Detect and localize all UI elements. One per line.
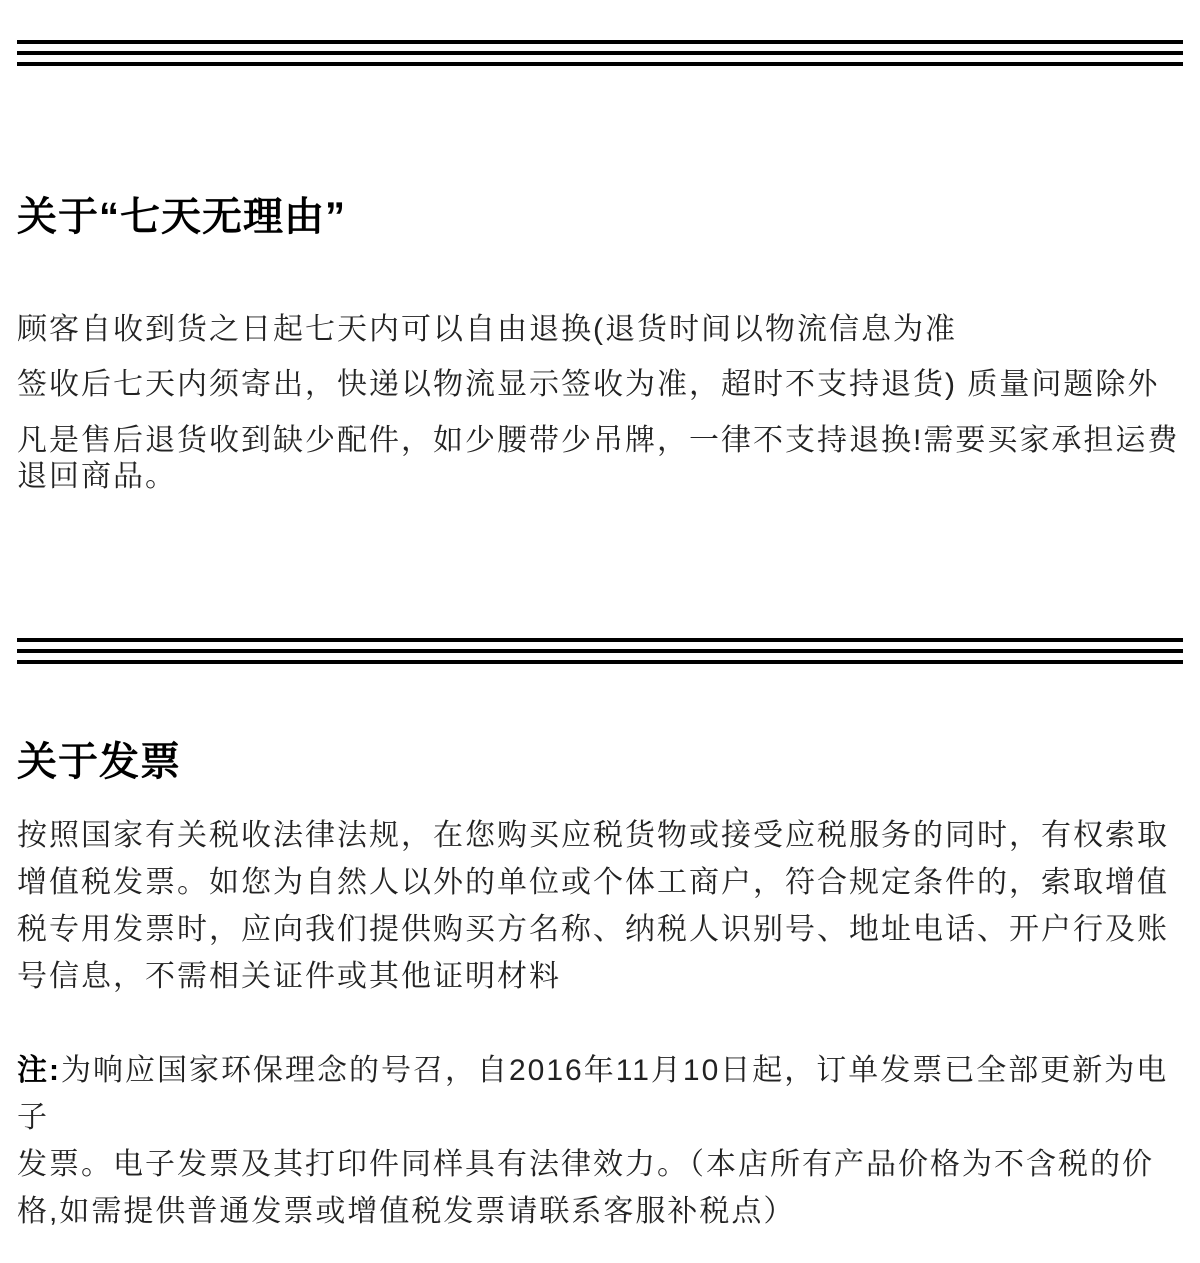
invoice-heading: 关于发票 [17,738,181,786]
divider-rule [17,638,1183,642]
return-policy-paragraph: 签收后七天内须寄出，快递以物流显示签收为准，超时不支持退货) 质量问题除外 [17,367,1200,403]
return-policy-paragraph: 顾客自收到货之日起七天内可以自由退换(退货时间以物流信息为准 [17,312,1200,348]
invoice-policy-paragraph: 按照国家有关税收法律法规，在您购买应税货物或接受应税服务的同时，有权索取 增值税… [17,812,1200,1000]
divider-rule [17,649,1183,653]
section-divider-invoice [17,638,1183,664]
return-policy-heading: 关于“七天无理由” [17,193,346,241]
invoice-note-paragraph: 注:为响应国家环保理念的号召，自2016年11月10日起，订单发票已全部更新为电… [17,1047,1200,1235]
note-text: 为响应国家环保理念的号召，自2016年11月10日起，订单发票已全部更新为电子 … [17,1054,1168,1228]
product-policy-page: 关于“七天无理由” 顾客自收到货之日起七天内可以自由退换(退货时间以物流信息为准… [0,0,1200,1263]
divider-rule [17,62,1183,66]
divider-rule [17,51,1183,55]
return-policy-paragraph: 凡是售后退货收到缺少配件，如少腰带少吊牌，一律不支持退换!需要买家承担运费 退回… [17,423,1200,495]
note-label: 注: [17,1054,61,1087]
divider-rule [17,660,1183,664]
divider-rule [17,40,1183,44]
section-divider-return [17,40,1183,66]
